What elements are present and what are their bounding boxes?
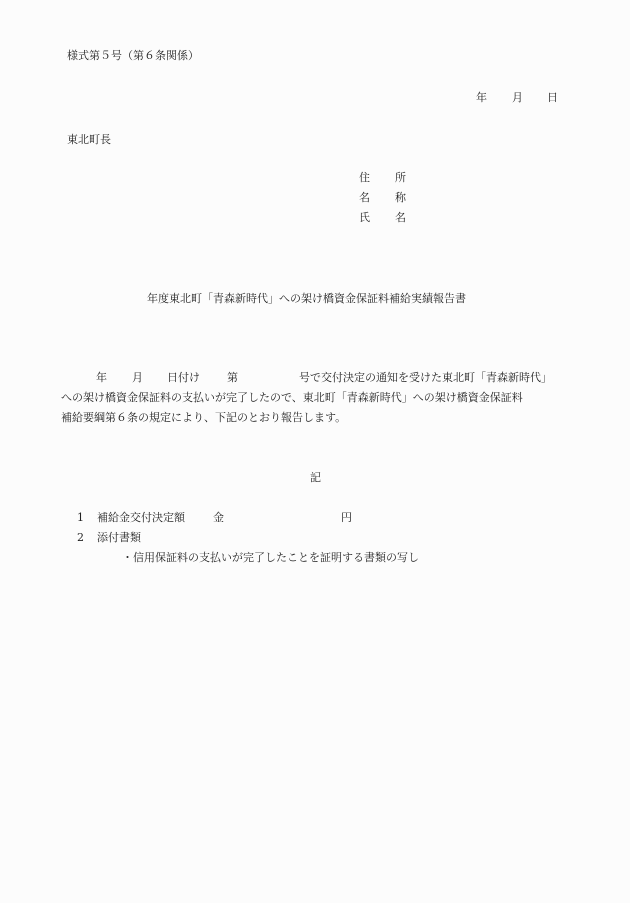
date-day-label: 日 <box>547 92 558 103</box>
amount-suffix: 円 <box>341 512 352 523</box>
field-label-char: 氏 <box>359 212 370 223</box>
document-title: 年度東北町「青森新時代」への架け橋資金保証料補給実績報告書 <box>147 293 466 304</box>
item-number: 1 <box>77 512 84 523</box>
body-day-label: 日付け <box>167 372 200 383</box>
body-number-prefix: 第 <box>227 372 238 383</box>
form-number: 様式第５号（第６条関係） <box>67 50 199 61</box>
amount-prefix: 金 <box>213 512 224 523</box>
body-year-label: 年 <box>96 372 107 383</box>
body-line-3: 補給要綱第６条の規定により、下記のとおり報告します。 <box>61 412 346 423</box>
item-label: 添付書類 <box>97 532 141 543</box>
field-label-char: 名 <box>359 192 370 203</box>
field-label-char: 称 <box>395 192 406 203</box>
body-line-1-rest: 号で交付決定の通知を受けた東北町「青森新時代」 <box>299 372 552 383</box>
body-month-label: 月 <box>132 372 143 383</box>
field-label-char: 所 <box>395 172 406 183</box>
item-number: 2 <box>77 532 84 543</box>
field-label-char: 名 <box>395 212 406 223</box>
item-label: 補給金交付決定額 <box>97 512 185 523</box>
body-line-2: への架け橋資金保証料の支払いが完了したので、東北町「青森新時代」への架け橋資金保… <box>61 392 523 403</box>
date-year-label: 年 <box>476 92 487 103</box>
field-label-char: 住 <box>359 172 370 183</box>
date-month-label: 月 <box>512 92 523 103</box>
ki-heading: 記 <box>310 472 321 483</box>
recipient: 東北町長 <box>67 134 111 145</box>
attachment-list-item: ・信用保証料の支払いが完了したことを証明する書類の写し <box>122 552 419 563</box>
document-page: 様式第５号（第６条関係） 年 月 日 東北町長 住 所 名 称 氏 名 年度東北… <box>0 0 630 903</box>
